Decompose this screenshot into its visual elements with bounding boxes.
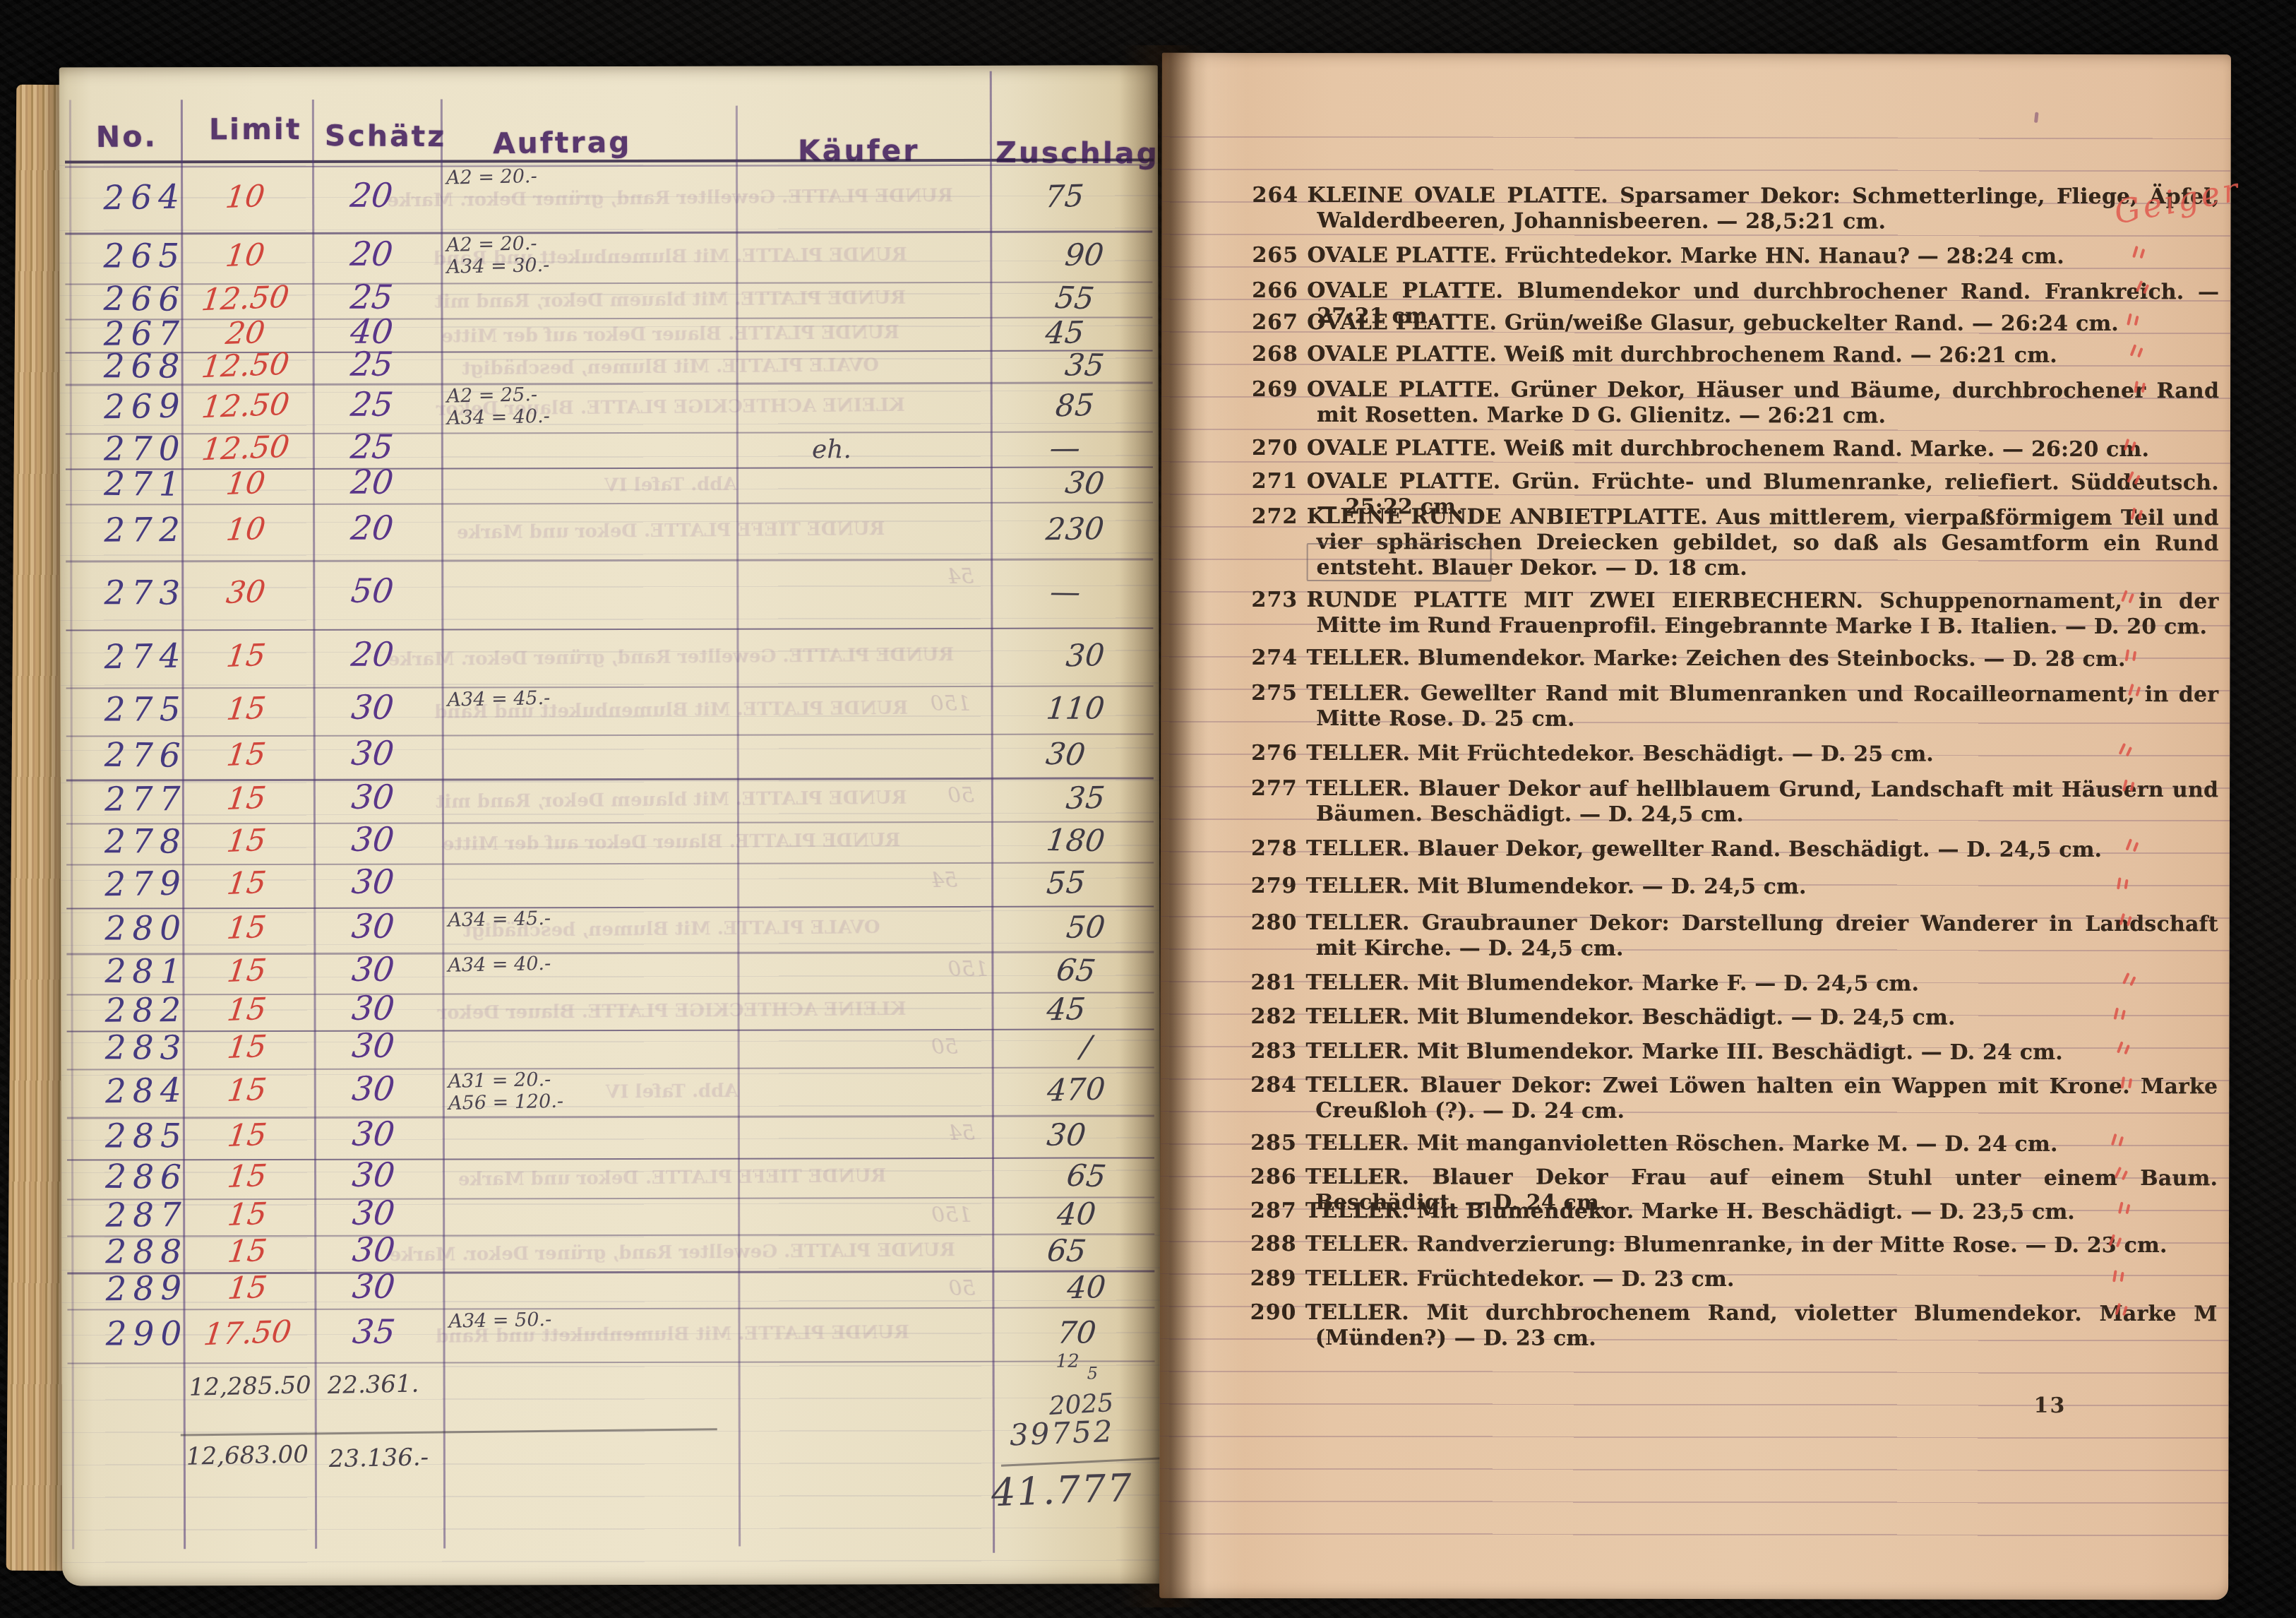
ditto-stroke: [2132, 651, 2136, 661]
estimate-value: 30: [315, 1194, 432, 1233]
hammer-price: 55: [988, 863, 1142, 903]
order-note-line: A56 = 120.-: [448, 1090, 563, 1114]
estimate-subtotal: 22.361.: [327, 1369, 419, 1400]
ditto-mark: [2127, 838, 2143, 858]
ledger-row: 2811530A34 = 40.-65: [61, 951, 1159, 994]
ditto-stroke: [2125, 1204, 2130, 1215]
entry-text: TELLER. Mit Blumendekor. Marke F. — D. 2…: [1306, 970, 1920, 997]
sum-note-small-1: 12: [1056, 1351, 1080, 1372]
ditto-mark: [2117, 876, 2134, 896]
entry-number: 277: [1251, 776, 1306, 802]
entry-number: 271: [1252, 469, 1307, 494]
entry-number: 288: [1250, 1232, 1305, 1257]
ledger-row: 289153040: [61, 1270, 1160, 1309]
hammer-price: 65: [988, 1232, 1144, 1270]
estimate-value: 30: [314, 778, 431, 817]
estimate-value: 30: [315, 1070, 432, 1109]
limit-value: 17.50: [185, 1314, 310, 1353]
limit-value: 15: [184, 689, 309, 729]
entry-text: TELLER. Blauer Dekor, gewellter Rand. Be…: [1306, 836, 2102, 862]
estimate-value: 25: [313, 278, 431, 317]
estimate-value: 30: [315, 1231, 432, 1270]
ditto-stroke: [2124, 1045, 2130, 1055]
ditto-stroke: [2124, 879, 2128, 889]
ledger-row: 2781530180: [61, 821, 1159, 864]
hammer-price: 55: [996, 279, 1153, 319]
ditto-mark: [2125, 439, 2141, 457]
ledger-row: 279153055: [61, 862, 1159, 908]
ditto-stroke: [2141, 383, 2145, 393]
catalog-entry: 269OVALE PLATTE. Grüner Dekor, Häuser un…: [1252, 377, 2219, 429]
estimate-value: 25: [313, 345, 431, 383]
limit-value: 15: [184, 735, 309, 775]
ditto-stroke: [2137, 347, 2143, 358]
entry-text: RUNDE PLATTE MIT ZWEI EIERBECHERN. Schup…: [1307, 588, 2219, 639]
catalog-entry: 285TELLER. Mit manganvioletten Röschen. …: [1250, 1131, 2218, 1158]
entry-number: 284: [1250, 1073, 1305, 1098]
limit-value: 10: [183, 177, 308, 216]
hammer-price: /: [1008, 1028, 1164, 1066]
estimate-value: 30: [315, 989, 432, 1028]
hammer-price: 65: [1008, 1157, 1165, 1196]
pencil-box-annotation: [1307, 543, 1492, 581]
hammer-price: 45: [988, 991, 1143, 1029]
ditto-stroke: [2128, 593, 2134, 604]
ledger-row: 29017.5035A34 = 50.-70: [61, 1307, 1160, 1362]
ditto-mark: [2119, 743, 2136, 763]
ledger-row: 274152030: [60, 627, 1159, 687]
entry-text: TELLER. Blauer Dekor auf hellblauem Grun…: [1306, 776, 2218, 827]
ditto-mark: [2112, 1134, 2128, 1152]
entry-number: 273: [1252, 588, 1307, 613]
entry-number: 289: [1250, 1266, 1305, 1292]
ledger-row: 2801530A34 = 45.-50: [61, 905, 1159, 953]
ditto-mark: [2115, 1167, 2132, 1187]
ditto-mark: [2115, 1006, 2131, 1025]
grand-total: 41.777: [991, 1465, 1134, 1515]
hammer-price: 75: [987, 176, 1141, 216]
limit-value: 15: [184, 908, 309, 948]
limit-value: 10: [184, 464, 309, 504]
catalog-entry: 275TELLER. Gewellter Rand mit Blumenrank…: [1251, 681, 2218, 733]
hammer-price: 470: [999, 1070, 1153, 1110]
limit-value: 10: [183, 236, 308, 275]
entry-number: 283: [1250, 1039, 1305, 1064]
order-note-line: A34 = 40.-: [448, 953, 551, 977]
hammer-price: 30: [1007, 464, 1164, 504]
hammer-price: 45: [987, 314, 1142, 352]
estimate-value: 20: [314, 636, 431, 674]
ledger-row: 271102030: [60, 466, 1159, 504]
estimate-value: 30: [314, 908, 431, 946]
estimate-value: 30: [315, 1115, 432, 1154]
entry-text: OVALE PLATTE. Weiß mit durchbrochenem Ra…: [1307, 436, 2149, 462]
estimate-value: 25: [313, 386, 431, 424]
limit-value: 15: [184, 1071, 309, 1110]
entry-text: TELLER. Gewellter Rand mit Blumenranken …: [1306, 681, 2218, 732]
entry-number: 275: [1251, 681, 1306, 706]
ditto-mark: [2118, 1041, 2135, 1061]
entry-number: 281: [1251, 970, 1306, 996]
ditto-stroke: [2119, 1272, 2124, 1282]
entry-text: TELLER. Mit durchbrochenem Rand, violett…: [1305, 1300, 2218, 1351]
limit-value: 15: [184, 779, 309, 819]
column-header-2: Schätz: [325, 119, 446, 153]
hammer-price: 70: [999, 1315, 1154, 1350]
ink-mark: [2034, 112, 2039, 123]
ditto-mark: [2136, 280, 2153, 301]
ditto-mark: [2123, 778, 2140, 797]
hammer-price: —: [987, 430, 1142, 465]
ditto-stroke: [2143, 284, 2150, 294]
ledger-row: 2651020A2 = 20.-A34 = 30.-90: [59, 230, 1158, 283]
order-note: A2 = 20.-A34 = 30.-: [446, 232, 550, 278]
sum-note-small-2: 5: [1087, 1364, 1098, 1384]
ledger-row: 282153045: [61, 992, 1159, 1030]
entry-number: 267: [1252, 310, 1307, 335]
ledger-row: 26912.5025A2 = 25.-A34 = 40.-85: [60, 381, 1159, 433]
sum-note-amount: 39752: [1009, 1414, 1115, 1452]
estimate-value: 20: [313, 509, 431, 548]
ditto-mark: [2131, 344, 2148, 364]
catalog-entry: 276TELLER. Mit Früchtedekor. Beschädigt.…: [1251, 741, 2218, 768]
catalog-entry: 270OVALE PLATTE. Weiß mit durchbrochenem…: [1252, 436, 2219, 463]
entry-number: 285: [1250, 1131, 1305, 1156]
order-note-line: A34 = 50.-: [448, 1309, 551, 1333]
entry-number: 266: [1252, 278, 1307, 304]
hammer-price: 35: [1008, 780, 1163, 818]
entry-number: 265: [1252, 243, 1307, 268]
ledger-row: 267204045: [59, 316, 1158, 352]
column-header-1: Limit: [209, 112, 302, 146]
entry-text: TELLER. Blumendekor. Marke: Zeichen des …: [1306, 646, 2125, 672]
catalog-entry: 282TELLER. Mit Blumendekor. Beschädigt. …: [1250, 1004, 2218, 1031]
ledger-row: 2721020230: [60, 501, 1159, 560]
order-note: A34 = 45.-: [447, 687, 550, 711]
ditto-stroke: [2134, 316, 2139, 326]
ditto-stroke: [2125, 649, 2130, 661]
catalog-entry: 267OVALE PLATTE. Grün/weiße Glasur, gebu…: [1252, 310, 2219, 337]
order-note-line: A2 = 20.-: [446, 165, 537, 189]
entry-text: TELLER. Mit Blumendekor. Marke H. Beschä…: [1305, 1198, 2075, 1225]
estimate-value: 35: [316, 1313, 433, 1352]
ledger-row: 27012.5025eh.—: [60, 431, 1159, 468]
limit-value: 15: [184, 821, 309, 861]
hammer-price: 30: [1008, 636, 1162, 676]
ditto-mark: [2127, 471, 2145, 492]
limit-value: 30: [184, 573, 309, 612]
limit-value: 15: [184, 864, 309, 903]
ledger-row: 2751530A34 = 45.-110: [61, 685, 1159, 735]
entry-text: OVALE PLATTE. Grün/weiße Glasur, gebucke…: [1307, 310, 2119, 336]
ditto-stroke: [2121, 1076, 2126, 1088]
ditto-mark: [2119, 1201, 2136, 1220]
limit-value: 15: [184, 1028, 309, 1067]
entry-text: TELLER. Mit Früchtedekor. Beschädigt. — …: [1306, 741, 1934, 767]
ditto-stroke: [2135, 686, 2141, 697]
ditto-stroke: [2129, 782, 2134, 792]
order-note-line: A34 = 30.-: [446, 254, 549, 278]
ditto-stroke: [2114, 1007, 2119, 1019]
limit-value: 10: [184, 510, 309, 549]
book-scan: RUNDE PLATTE. Gewellter Rand, grüner Dek…: [0, 0, 2296, 1618]
buyer-note: eh.: [812, 435, 851, 464]
ditto-stroke: [2129, 976, 2136, 986]
catalog-entry: 280TELLER. Graubrauner Dekor: Darstellun…: [1251, 910, 2218, 963]
catalog-entry: 268OVALE PLATTE. Weiß mit durchbrochenem…: [1252, 342, 2219, 369]
entry-text: TELLER. Randverzierung: Blumenranke, in …: [1305, 1232, 2168, 1258]
hammer-price: 30: [988, 1117, 1144, 1153]
ditto-stroke: [2122, 779, 2128, 791]
estimate-value: 30: [315, 951, 432, 989]
ditto-stroke: [2115, 1237, 2122, 1248]
ditto-stroke: [2131, 441, 2136, 452]
column-header-0: No.: [96, 119, 158, 154]
hammer-price: 90: [1007, 237, 1162, 273]
limit-value: 12.50: [183, 279, 308, 319]
hammer-price: 50: [1008, 910, 1164, 945]
limit-value: 12.50: [183, 386, 308, 426]
ditto-stroke: [2118, 1136, 2124, 1147]
catalog-entry: 264KLEINE OVALE PLATTE. Sparsamer Dekor:…: [1252, 183, 2219, 235]
order-note-line: A2 = 25.-: [446, 383, 549, 408]
limit-value: 12.50: [183, 345, 308, 385]
limit-subtotal: 12,285.50: [189, 1371, 311, 1401]
hammer-price: 30: [987, 735, 1144, 775]
ditto-stroke: [2132, 842, 2139, 852]
entry-number: 282: [1250, 1004, 1305, 1030]
entry-number: 276: [1251, 741, 1306, 766]
estimate-value: 30: [316, 1268, 433, 1307]
catalog-entry: 284TELLER. Blauer Dekor: Zwei Löwen halt…: [1250, 1073, 2218, 1125]
order-note: A34 = 45.-: [448, 908, 551, 932]
limit-value: 15: [184, 951, 309, 991]
catalog-entry: 273RUNDE PLATTE MIT ZWEI EIERBECHERN. Sc…: [1251, 588, 2218, 640]
catalog-entry: 277TELLER. Blauer Dekor auf hellblauem G…: [1251, 776, 2218, 828]
ditto-stroke: [2122, 1306, 2128, 1316]
limit-total: 12,683.00: [186, 1440, 309, 1470]
hammer-price: 40: [1010, 1268, 1164, 1308]
ditto-stroke: [2125, 746, 2132, 756]
ditto-stroke: [2128, 1078, 2132, 1088]
ledger-row: 276153030: [61, 733, 1159, 779]
entry-text: TELLER. Mit Blumendekor. — D. 24,5 cm.: [1306, 874, 1807, 899]
entry-text: KLEINE OVALE PLATTE. Sparsamer Dekor: Sc…: [1308, 183, 2220, 234]
entry-number: 279: [1251, 874, 1306, 899]
ditto-mark: [2125, 648, 2143, 668]
catalog-entry: 274TELLER. Blumendekor. Marke: Zeichen d…: [1251, 646, 2218, 672]
entry-number: 272: [1252, 504, 1307, 530]
order-note-line: A31 = 20.-: [448, 1069, 563, 1093]
estimate-value: 50: [313, 572, 431, 611]
ledger-row: 2831530/: [61, 1028, 1160, 1069]
entry-text: TELLER. Früchtedekor. — D. 23 cm.: [1305, 1266, 1735, 1292]
hammer-price: 180: [998, 822, 1154, 859]
entry-text: OVALE PLATTE. Früchtedekor. Marke HN. Ha…: [1307, 243, 2064, 269]
limit-value: 15: [184, 1116, 309, 1155]
ledger-row: 2733050—: [60, 558, 1159, 629]
ledger-row: 2641020A2 = 20.-75: [59, 163, 1158, 232]
ditto-mark: [2112, 1268, 2130, 1289]
order-note: A34 = 50.-: [448, 1309, 551, 1333]
ledger-row: 26612.502555: [59, 281, 1158, 319]
hammer-price: 110: [998, 691, 1153, 726]
catalog-entry: 265OVALE PLATTE. Früchtedekor. Marke HN.…: [1252, 243, 2219, 270]
ditto-mark: [2131, 506, 2148, 525]
ditto-stroke: [2134, 381, 2139, 393]
catalog-entry: 289TELLER. Früchtedekor. — D. 23 cm.: [1250, 1266, 2218, 1293]
ditto-mark: [2121, 1075, 2139, 1095]
ditto-mark: [2127, 312, 2144, 331]
limit-value: 15: [184, 990, 309, 1030]
order-note: A31 = 20.-A56 = 120.-: [448, 1069, 563, 1114]
hammer-price: 40: [999, 1196, 1154, 1234]
catalog-entry: 288TELLER. Randverzierung: Blumenranke, …: [1250, 1232, 2218, 1259]
ditto-mark: [2122, 590, 2139, 609]
entry-number: 274: [1251, 646, 1306, 671]
hammer-price: 65: [998, 951, 1154, 991]
order-note-line: A34 = 40.-: [447, 405, 550, 429]
estimate-value: 30: [315, 1156, 432, 1195]
catalog-entry: 278TELLER. Blauer Dekor, gewellter Rand.…: [1251, 836, 2218, 863]
hammer-price: 230: [998, 511, 1152, 549]
hammer-price: 35: [1007, 347, 1163, 384]
column-header-4: Käufer: [798, 133, 920, 167]
estimate-value: 20: [313, 463, 431, 502]
ditto-stroke: [2121, 1170, 2128, 1180]
estimate-value: 30: [314, 863, 431, 902]
entry-text: TELLER. Mit manganvioletten Röschen. Mar…: [1305, 1131, 2058, 1157]
ditto-stroke: [2138, 510, 2143, 521]
ditto-stroke: [2134, 475, 2141, 484]
ditto-stroke: [2127, 916, 2132, 927]
limit-value: 15: [185, 1157, 310, 1196]
estimate-total: 23.136.-: [328, 1443, 429, 1473]
order-note: A2 = 25.-A34 = 40.-: [446, 383, 550, 429]
catalog-entry: 283TELLER. Mit Blumendekor. Marke III. B…: [1250, 1039, 2218, 1066]
entry-number: 280: [1251, 910, 1306, 936]
estimate-value: 25: [313, 428, 431, 467]
entry-number: 278: [1251, 836, 1306, 862]
entry-number: 269: [1252, 377, 1307, 403]
limit-value: 12.50: [183, 429, 308, 468]
ledger-row: 287153040: [61, 1196, 1160, 1235]
ledger-row: 285153030: [61, 1114, 1160, 1159]
estimate-value: 30: [314, 821, 431, 859]
entry-text: TELLER. Blauer Dekor: Zwei Löwen halten …: [1305, 1073, 2218, 1124]
ditto-mark: [2117, 1303, 2132, 1321]
estimate-value: 20: [313, 176, 430, 215]
ditto-mark: [2121, 913, 2136, 932]
ditto-stroke: [2131, 507, 2136, 519]
entry-number: 270: [1252, 436, 1307, 461]
estimate-value: 30: [315, 1027, 432, 1066]
ditto-stroke: [2121, 1010, 2126, 1021]
ledger-page: RUNDE PLATTE. Gewellter Rand, grüner Dek…: [59, 65, 1161, 1586]
limit-value: 15: [185, 1195, 310, 1235]
ditto-mark: [2110, 1234, 2127, 1254]
entry-text: OVALE PLATTE. Grüner Dekor, Häuser und B…: [1307, 377, 2219, 428]
order-note-line: A2 = 20.-: [446, 232, 549, 256]
catalog-entry: 290TELLER. Mit durchbrochenem Rand, viol…: [1250, 1300, 2218, 1352]
estimate-value: 30: [314, 734, 431, 773]
entry-number: 286: [1250, 1165, 1305, 1190]
entry-number: 290: [1250, 1300, 1305, 1326]
ditto-stroke: [2127, 313, 2132, 325]
entry-number: 268: [1252, 342, 1307, 367]
entry-number: 287: [1250, 1198, 1305, 1224]
entry-text: TELLER. Mit Blumendekor. Beschädigt. — D…: [1305, 1004, 1955, 1030]
ledger-row: 286153065: [61, 1157, 1160, 1198]
ledger-row: 2841530A31 = 20.-A56 = 120.-470: [61, 1066, 1160, 1117]
entry-text: OVALE PLATTE. Weiß mit durchbrochenem Ra…: [1307, 342, 2057, 368]
estimate-value: 20: [313, 235, 430, 274]
estimate-value: 30: [314, 689, 431, 727]
ditto-stroke: [2117, 877, 2122, 889]
order-note-line: A34 = 45.-: [448, 908, 551, 932]
limit-value: 15: [185, 1232, 310, 1271]
ledger-row: 26812.502535: [60, 350, 1159, 383]
ditto-stroke: [2118, 1201, 2124, 1213]
ditto-mark: [2129, 684, 2145, 702]
ditto-mark: [2134, 246, 2149, 264]
order-note-line: A34 = 45.-: [447, 687, 550, 711]
column-header-3: Auftrag: [493, 125, 632, 160]
catalog-entry: 279TELLER. Mit Blumendekor. — D. 24,5 cm…: [1251, 874, 2218, 900]
ditto-mark: [2123, 972, 2141, 993]
ditto-stroke: [2139, 249, 2145, 259]
ditto-mark: [2134, 379, 2151, 400]
catalog-entry: 281TELLER. Mit Blumendekor. Marke F. — D…: [1251, 970, 2218, 997]
ledger-row: 288153065: [61, 1233, 1160, 1272]
hammer-price: 85: [998, 386, 1152, 426]
ledger-row: 277153035: [61, 777, 1159, 823]
catalog-page: 264KLEINE OVALE PLATTE. Sparsamer Dekor:…: [1159, 53, 2231, 1600]
entry-text: TELLER. Mit Blumendekor. Marke III. Besc…: [1305, 1039, 2062, 1065]
catalog-entry: 287TELLER. Mit Blumendekor. Marke H. Bes…: [1250, 1198, 2218, 1225]
entry-number: 264: [1252, 183, 1308, 208]
order-note: A34 = 40.-: [448, 953, 551, 977]
page-number: 13: [2034, 1393, 2067, 1418]
limit-value: 15: [185, 1268, 310, 1308]
entry-text: TELLER. Graubrauner Dekor: Darstellung d…: [1306, 910, 2218, 961]
order-note: A2 = 20.-: [446, 165, 537, 189]
ditto-stroke: [2112, 1270, 2117, 1282]
hammer-price: —: [987, 573, 1143, 611]
limit-value: 15: [184, 636, 309, 676]
